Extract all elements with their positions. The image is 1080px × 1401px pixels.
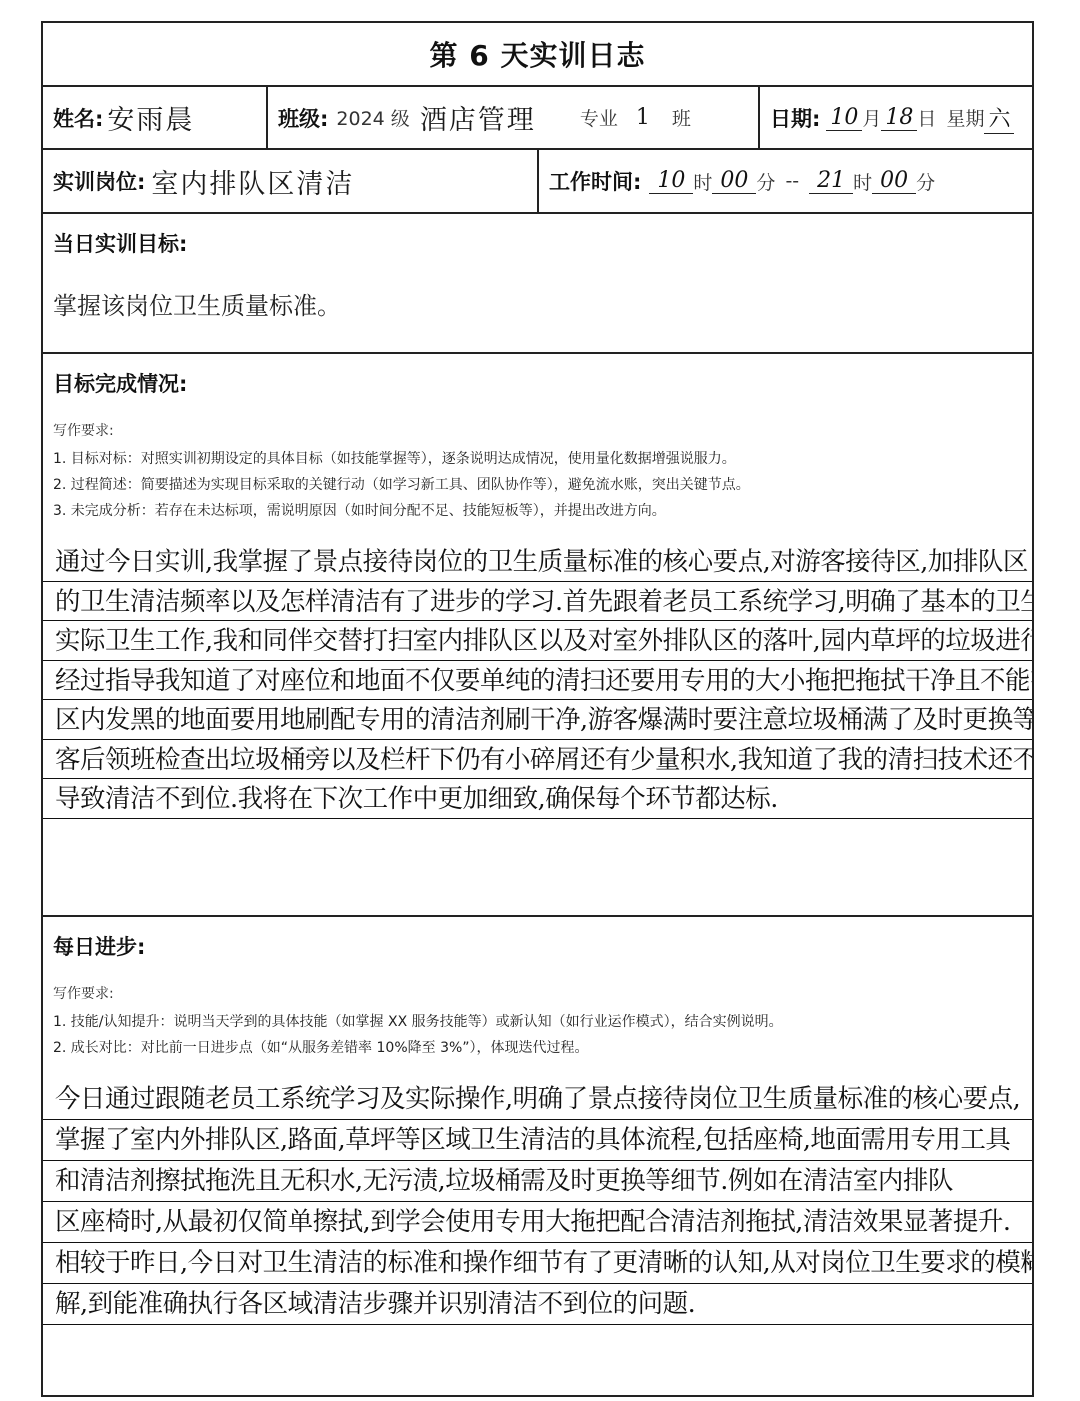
day-unit: 日 (917, 104, 936, 131)
work-time-label: 工作时间: (549, 166, 641, 196)
weekday-value[interactable]: 六 (984, 102, 1014, 134)
end-hour-unit: 时 (853, 168, 872, 195)
info-row: 姓名: 安雨晨 班级: 2024 级 酒店管理 专业 1 班 日期: 10 月 … (43, 87, 1032, 150)
handwritten-line: 通过今日实训,我掌握了景点接待岗位的卫生质量标准的核心要点,对游客接待区,加排队… (43, 542, 1032, 582)
date-cell: 日期: 10 月 18 日 星期 六 (758, 87, 1032, 148)
weekday-label: 星期 (946, 104, 984, 131)
writing-requirements-title: 写作要求: (53, 420, 1022, 440)
goal-completion-section: 目标完成情况: 写作要求: 1. 目标对标：对照实训初期设定的具体目标（如技能掌… (43, 354, 1032, 917)
class-year: 2024 级 (336, 104, 409, 131)
handwritten-line: 导致清洁不到位.我将在下次工作中更加细致,确保每个环节都达标. (43, 779, 1032, 819)
page-title: 第 6 天实训日志 (430, 34, 646, 74)
writing-requirements-title: 写作要求: (53, 983, 1022, 1003)
handwritten-line: 实际卫生工作,我和同伴交替打扫室内排队区以及对室外排队区的落叶,园内草坪的垃圾进… (43, 621, 1032, 661)
class-label: 班级: (278, 103, 328, 133)
start-hour[interactable]: 10 (649, 168, 693, 194)
handwritten-line: 客后领班检查出垃圾桶旁以及栏杆下仍有小碎屑还有少量积水,我知道了我的清扫技术还不… (43, 740, 1032, 780)
requirement-item: 3. 未完成分析：若存在未达标项，需说明原因（如时间分配不足、技能短板等），并提… (53, 498, 1022, 524)
name-label: 姓名: (53, 103, 103, 133)
start-minute-unit: 分 (756, 168, 775, 195)
start-minute[interactable]: 00 (712, 168, 756, 194)
handwritten-line: 掌握了室内外排队区,路面,草坪等区域卫生清洁的具体流程,包括座椅,地面需用专用工… (43, 1120, 1032, 1161)
handwritten-line: 的卫生清洁频率以及怎样清洁有了进步的学习.首先跟着老员工系统学习,明确了基本的卫… (43, 582, 1032, 622)
goal-completion-heading: 目标完成情况: (53, 368, 1022, 398)
date-month[interactable]: 10 (826, 105, 862, 131)
handwritten-line: 和清洁剂擦拭拖洗且无积水,无污渍,垃圾桶需及时更换等细节.例如在清洁室内排队 (43, 1161, 1032, 1202)
handwritten-line: 解,到能准确执行各区域清洁步骤并识别清洁不到位的问题. (43, 1284, 1032, 1325)
daily-target-heading: 当日实训目标: (53, 228, 1022, 258)
goal-completion-handwritten-text[interactable]: 通过今日实训,我掌握了景点接待岗位的卫生质量标准的核心要点,对游客接待区,加排队… (43, 542, 1032, 819)
daily-target-text: 掌握该岗位卫生质量标准。 (53, 286, 1022, 321)
date-label: 日期: (770, 103, 820, 133)
month-unit: 月 (862, 104, 881, 131)
end-hour[interactable]: 21 (809, 168, 853, 194)
requirement-item: 2. 成长对比：对比前一日进步点（如“从服务差错率 10%降至 3%”），体现迭… (53, 1035, 1022, 1061)
handwritten-line: 区内发黑的地面要用地刷配专用的清洁剂刷干净,游客爆满时要注意垃圾桶满了及时更换等… (43, 700, 1032, 740)
daily-progress-heading: 每日进步: (53, 931, 1022, 961)
post-value[interactable]: 室内排队区清洁 (151, 162, 354, 201)
name-cell: 姓名: 安雨晨 (43, 87, 266, 148)
class-suffix: 班 (672, 104, 691, 131)
handwritten-line: 今日通过跟随老员工系统学习及实际操作,明确了景点接待岗位卫生质量标准的核心要点, (43, 1079, 1032, 1120)
daily-target-section: 当日实训目标: 掌握该岗位卫生质量标准。 (43, 214, 1032, 354)
name-value[interactable]: 安雨晨 (107, 98, 194, 137)
date-day[interactable]: 18 (881, 105, 917, 131)
training-log-sheet: 第 6 天实训日志 姓名: 安雨晨 班级: 2024 级 酒店管理 专业 1 班… (41, 21, 1034, 1397)
daily-progress-section: 每日进步: 写作要求: 1. 技能/认知提升：说明当天学到的具体技能（如掌握 X… (43, 917, 1032, 1397)
end-minute-unit: 分 (916, 168, 935, 195)
post-row: 实训岗位: 室内排队区清洁 工作时间: 10 时 00 分 -- 21 时 00… (43, 150, 1032, 214)
title-row: 第 6 天实训日志 (43, 23, 1032, 87)
time-separator: -- (785, 170, 799, 192)
end-minute[interactable]: 00 (872, 168, 916, 194)
requirement-item: 1. 目标对标：对照实训初期设定的具体目标（如技能掌握等），逐条说明达成情况，使… (53, 446, 1022, 472)
daily-progress-handwritten-text[interactable]: 今日通过跟随老员工系统学习及实际操作,明确了景点接待岗位卫生质量标准的核心要点,… (43, 1079, 1032, 1325)
requirement-item: 1. 技能/认知提升：说明当天学到的具体技能（如掌握 XX 服务技能等）或新认知… (53, 1009, 1022, 1035)
start-hour-unit: 时 (693, 168, 712, 195)
class-cell: 班级: 2024 级 酒店管理 专业 1 班 (266, 87, 758, 148)
class-number[interactable]: 1 (636, 105, 652, 130)
handwritten-line: 相较于昨日,今日对卫生清洁的标准和操作细节有了更清晰的认知,从对岗位卫生要求的模… (43, 1243, 1032, 1284)
post-label: 实训岗位: (53, 166, 145, 196)
handwritten-line: 经过指导我知道了对座位和地面不仅要单纯的清扫还要用专用的大小拖把拖拭干净且不能有… (43, 661, 1032, 701)
work-time-cell: 工作时间: 10 时 00 分 -- 21 时 00 分 (537, 150, 1032, 212)
major-value[interactable]: 酒店管理 (420, 98, 536, 137)
post-cell: 实训岗位: 室内排队区清洁 (43, 150, 537, 212)
handwritten-line: 区座椅时,从最初仅简单擦拭,到学会使用专用大拖把配合清洁剂拖拭,清洁效果显著提升… (43, 1202, 1032, 1243)
requirement-item: 2. 过程简述：简要描述为实现目标采取的关键行动（如学习新工具、团队协作等），避… (53, 472, 1022, 498)
major-label: 专业 (580, 104, 618, 131)
